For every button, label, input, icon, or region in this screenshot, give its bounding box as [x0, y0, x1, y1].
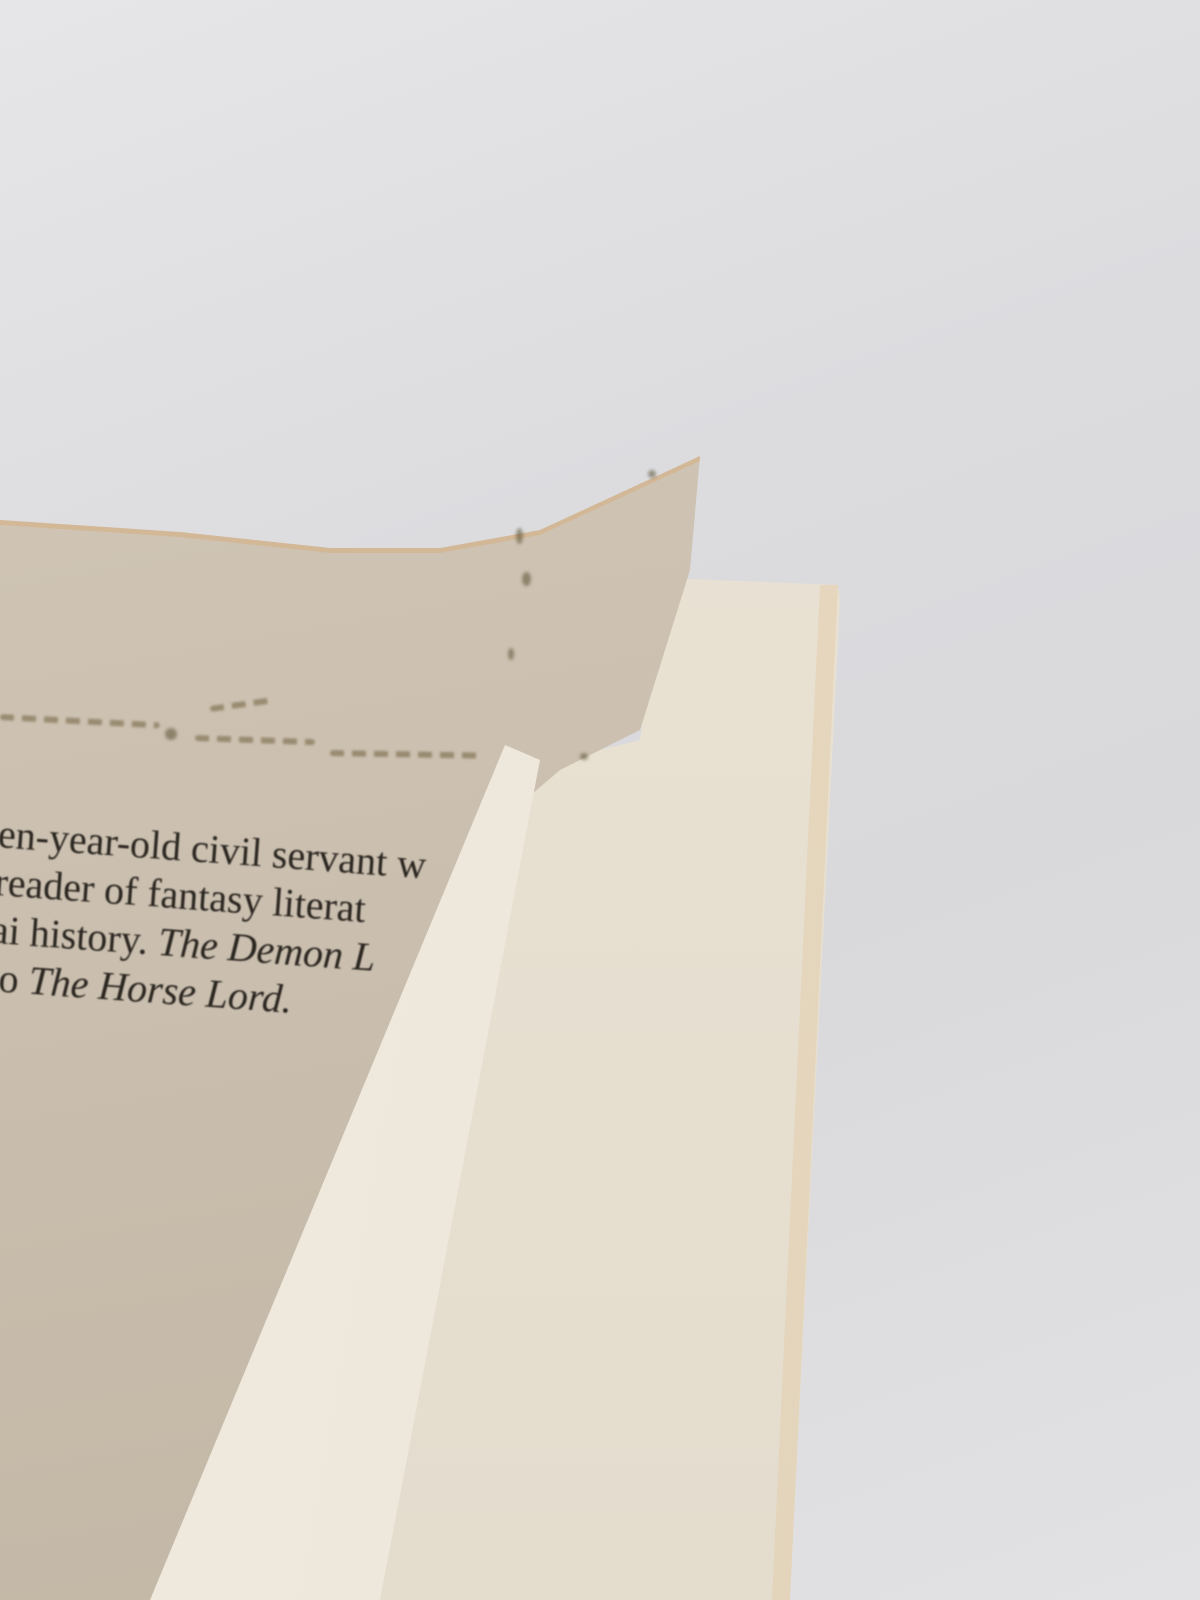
stain-spot [580, 753, 588, 760]
stain-spot [522, 572, 531, 586]
stain-spot [165, 728, 177, 740]
stain-spot [516, 528, 523, 544]
stain-spot [508, 648, 514, 660]
stain-spot [648, 470, 656, 478]
